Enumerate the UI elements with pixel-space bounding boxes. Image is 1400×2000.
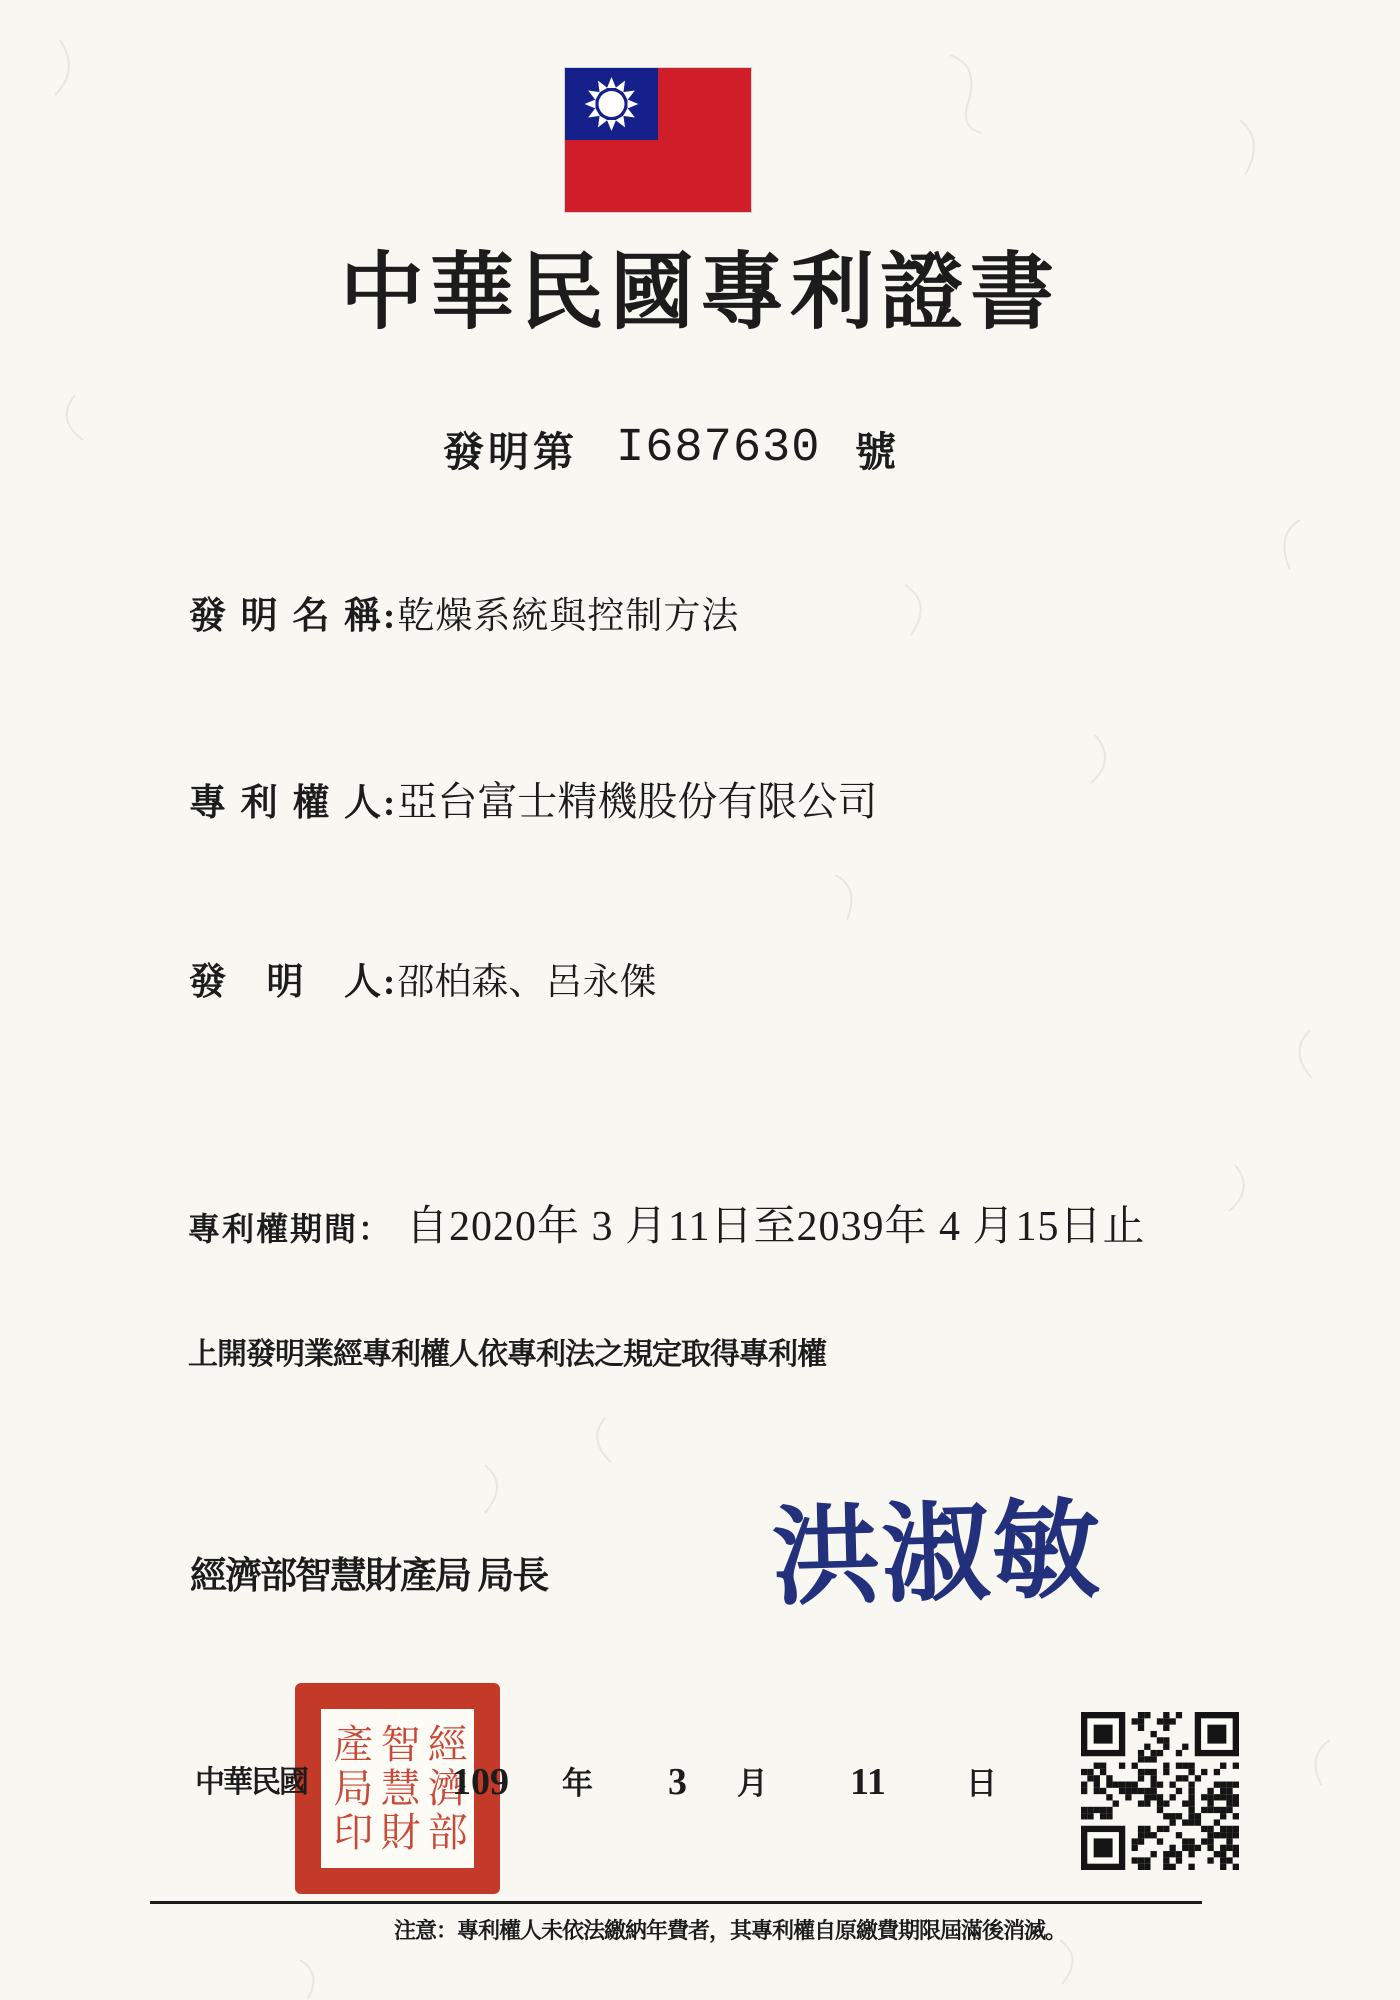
date-year: 109 (452, 1763, 509, 1801)
date-month-unit: 月 (737, 1768, 768, 1799)
director-signature: 洪淑敏 (771, 1498, 1104, 1615)
patentee-row: 專利權人 : 亞台富士精機股份有限公司 (189, 782, 877, 822)
qr-code (1080, 1712, 1240, 1870)
patentee-value: 亞台富士精機股份有限公司 (397, 782, 877, 822)
white-sun-icon (565, 68, 658, 140)
patentee-colon: : (383, 785, 395, 822)
date-day-unit: 日 (966, 1768, 997, 1799)
certificate-title: 中華民國專利證書 (0, 252, 1400, 336)
taiwan-flag (565, 68, 751, 212)
inventors-value: 邵柏森、呂永傑 (397, 964, 656, 1001)
invention-name-row: 發明名稱 : 乾燥系統與控制方法 (189, 598, 739, 635)
patent-number-suffix: 號 (855, 432, 896, 473)
patent-term-value: 自2020年 3 月11日至2039年 4 月15日止 (406, 1206, 1145, 1248)
patent-number-value: I687630 (616, 425, 820, 472)
footer-note: 注意：專利權人未依法繳納年費者，其專利權自原繳費期限屆滿後消滅。 (394, 1920, 1066, 1942)
date-year-unit: 年 (562, 1768, 593, 1799)
patent-term-row: 專利權期間 ： 自2020年 3 月11日至2039年 4 月15日止 (188, 1206, 1145, 1248)
seal-column-middle: 智慧財 (374, 1723, 421, 1855)
footer-divider (150, 1901, 1202, 1904)
inventors-label: 發明人 (189, 964, 381, 1001)
patentee-label: 專利權人 (189, 785, 381, 822)
invention-name-colon: : (383, 598, 395, 635)
patent-number-prefix: 發明第 (443, 432, 578, 473)
date-day: 11 (850, 1763, 886, 1801)
date-era: 中華民國 (195, 1768, 307, 1798)
patent-certificate-page: 中華民國專利證書 發明第 I687630 號 發明名稱 : 乾燥系統與控制方法 … (0, 0, 1400, 2000)
invention-name-label: 發明名稱 (189, 598, 381, 635)
date-month: 3 (668, 1763, 687, 1801)
inventors-row: 發明人 : 邵柏森、呂永傑 (189, 964, 656, 1001)
patent-term-colon: ： (358, 1213, 390, 1245)
patent-term-label: 專利權期間 (188, 1213, 358, 1245)
grant-statement: 上開發明業經專利權人依專利法之規定取得專利權 (188, 1340, 826, 1370)
seal-column-left: 產局印 (327, 1723, 374, 1855)
invention-name-value: 乾燥系統與控制方法 (397, 598, 739, 635)
inventors-colon: : (383, 964, 395, 1001)
agency-director-title: 經濟部智慧財產局 局長 (190, 1558, 547, 1595)
